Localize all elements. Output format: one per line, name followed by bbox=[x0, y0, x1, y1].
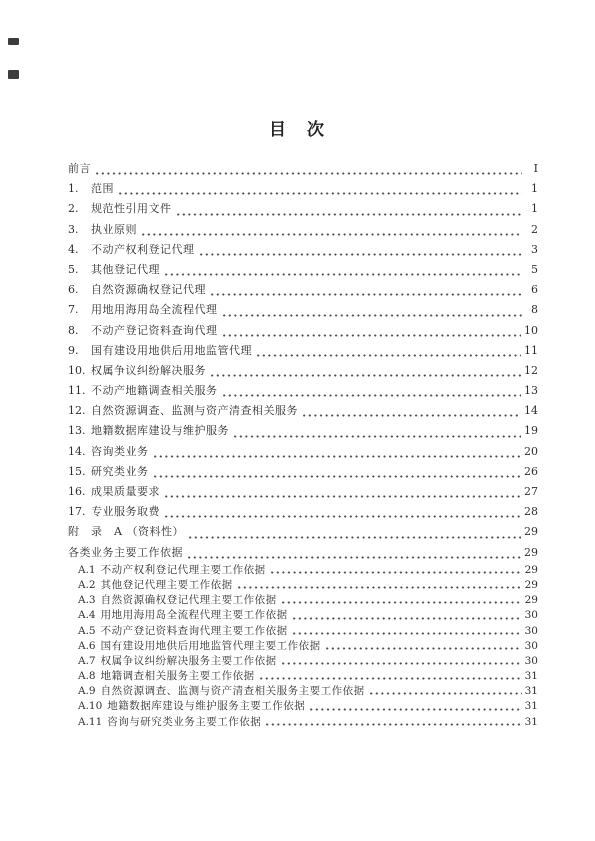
toc-entry[interactable]: 11. 不动产地籍调查相关服务 13 bbox=[68, 381, 538, 401]
toc-entry[interactable]: A.10 地籍数据库建设与维护服务主要工作依据 31 bbox=[68, 699, 538, 714]
toc-entry-label: 用地用海用岛全流程代理主要工作依据 bbox=[101, 608, 288, 623]
toc-entry-number: A.1 bbox=[78, 563, 96, 578]
toc-entry[interactable]: 各类业务主要工作依据 29 bbox=[68, 543, 538, 563]
toc-entry-label: 专业服务取费 bbox=[91, 502, 160, 522]
toc-entry-page: 6 bbox=[525, 280, 538, 300]
toc-entry-page: 28 bbox=[524, 502, 538, 522]
toc-entry-page: 26 bbox=[524, 462, 538, 482]
toc-entry-number: A.5 bbox=[78, 624, 96, 639]
toc-entry-page: 19 bbox=[524, 421, 538, 441]
toc-entry-page: 30 bbox=[525, 639, 538, 654]
toc-entry-number: A.6 bbox=[78, 639, 96, 654]
toc-entry-page: 3 bbox=[525, 240, 538, 260]
toc-entry-page: 12 bbox=[524, 361, 538, 381]
toc-entry[interactable]: 5. 其他登记代理 5 bbox=[68, 260, 538, 280]
toc-entry-page: 27 bbox=[524, 482, 538, 502]
toc-entry-number: 11. bbox=[68, 381, 91, 401]
toc-entry-page: 1 bbox=[525, 199, 538, 219]
toc-entry[interactable]: 9. 国有建设用地供后用地监管代理 11 bbox=[68, 341, 538, 361]
dot-leader bbox=[165, 515, 521, 518]
dot-leader bbox=[188, 556, 521, 559]
toc-entry-number: A.4 bbox=[78, 608, 96, 623]
dot-leader bbox=[154, 455, 522, 458]
dot-leader bbox=[96, 172, 522, 175]
toc-entry-label: 其他登记代理 bbox=[91, 260, 160, 280]
dot-leader bbox=[211, 293, 522, 296]
toc-entry[interactable]: 10. 权属争议纠纷解决服务 12 bbox=[68, 361, 538, 381]
dot-leader bbox=[370, 692, 522, 695]
toc-entry-page: 5 bbox=[525, 260, 538, 280]
toc-entry[interactable]: 附 录 A （资料性） 29 bbox=[68, 522, 538, 542]
toc-entry-number: 15. bbox=[68, 462, 91, 482]
toc-entry[interactable]: 4. 不动产权利登记代理 3 bbox=[68, 240, 538, 260]
dot-leader bbox=[303, 414, 521, 417]
toc-entry-label: 不动产登记资料查询代理主要工作依据 bbox=[101, 624, 288, 639]
toc-entry-page: 14 bbox=[524, 401, 538, 421]
toc-entry[interactable]: A.7 权属争议纠纷解决服务主要工作依据 30 bbox=[68, 654, 538, 669]
dot-leader bbox=[271, 571, 522, 574]
dot-leader bbox=[293, 617, 522, 620]
scan-artifact-mark bbox=[8, 38, 19, 45]
toc-entry-number: 12. bbox=[68, 401, 91, 421]
scan-artifact-mark bbox=[8, 70, 19, 79]
toc-entry-number: A.11 bbox=[78, 715, 102, 730]
toc-entry-label: 前言 bbox=[68, 159, 91, 179]
toc-entry-page: 31 bbox=[525, 699, 538, 714]
toc-entry-label: 自然资源调查、监测与资产清查相关服务 bbox=[91, 401, 298, 421]
toc-entry-number: 8. bbox=[68, 321, 91, 341]
toc-entry-label: 国有建设用地供后用地监管代理主要工作依据 bbox=[101, 639, 321, 654]
toc-entry-page: 31 bbox=[525, 669, 538, 684]
toc-entry[interactable]: 14. 咨询类业务 20 bbox=[68, 442, 538, 462]
toc-entry-number: A.2 bbox=[78, 578, 96, 593]
dot-leader bbox=[293, 632, 522, 635]
toc-entry-page: 29 bbox=[525, 593, 538, 608]
toc-list: 前言 I 1. 范围 1 2. 规范性引用文件 1 3. 执业原则 2 4. 不… bbox=[68, 159, 538, 730]
toc-entry-label: 不动产登记资料查询代理 bbox=[91, 321, 218, 341]
toc-entry[interactable]: A.6 国有建设用地供后用地监管代理主要工作依据 30 bbox=[68, 639, 538, 654]
toc-entry-number: 3. bbox=[68, 220, 91, 240]
dot-leader bbox=[326, 647, 522, 650]
toc-entry-label: 自然资源调查、监测与资产清查相关服务主要工作依据 bbox=[101, 684, 365, 699]
toc-entry[interactable]: 13. 地籍数据库建设与维护服务 19 bbox=[68, 421, 538, 441]
toc-entry[interactable]: A.11 咨询与研究类业务主要工作依据 31 bbox=[68, 715, 538, 730]
toc-entry-page: 29 bbox=[524, 522, 538, 542]
toc-entry-page: 31 bbox=[525, 684, 538, 699]
toc-entry-label: 地籍数据库建设与维护服务 bbox=[91, 421, 229, 441]
toc-entry-label: 国有建设用地供后用地监管代理 bbox=[91, 341, 252, 361]
dot-leader bbox=[234, 435, 521, 438]
toc-entry-label: 各类业务主要工作依据 bbox=[68, 543, 183, 563]
toc-entry-page: 29 bbox=[525, 563, 538, 578]
toc-entry-page: 30 bbox=[525, 624, 538, 639]
toc-entry-page: 13 bbox=[524, 381, 538, 401]
dot-leader bbox=[260, 677, 522, 680]
dot-leader bbox=[223, 314, 523, 317]
toc-entry[interactable]: 8. 不动产登记资料查询代理 10 bbox=[68, 321, 538, 341]
dot-leader bbox=[266, 723, 521, 726]
toc-entry[interactable]: 2. 规范性引用文件 1 bbox=[68, 199, 538, 219]
toc-entry-page: 20 bbox=[524, 442, 538, 462]
toc-entry[interactable]: A.8 地籍调查相关服务主要工作依据 31 bbox=[68, 669, 538, 684]
toc-entry[interactable]: 17. 专业服务取费 28 bbox=[68, 502, 538, 522]
toc-entry-label: 范围 bbox=[91, 179, 114, 199]
toc-entry[interactable]: 1. 范围 1 bbox=[68, 179, 538, 199]
toc-entry-label: 权属争议纠纷解决服务 bbox=[91, 361, 206, 381]
toc-entry[interactable]: 3. 执业原则 2 bbox=[68, 220, 538, 240]
toc-entry[interactable]: 16. 成果质量要求 27 bbox=[68, 482, 538, 502]
toc-entry[interactable]: 15. 研究类业务 26 bbox=[68, 462, 538, 482]
toc-entry-number: 16. bbox=[68, 482, 91, 502]
toc-entry-page: 30 bbox=[525, 654, 538, 669]
toc-entry-number: A.7 bbox=[78, 654, 96, 669]
toc-entry-label: 地籍数据库建设与维护服务主要工作依据 bbox=[107, 699, 305, 714]
dot-leader bbox=[282, 662, 522, 665]
toc-entry-label: 咨询与研究类业务主要工作依据 bbox=[107, 715, 261, 730]
dot-leader bbox=[165, 495, 521, 498]
toc-entry-label: 不动产地籍调查相关服务 bbox=[91, 381, 218, 401]
toc-entry[interactable]: A.2 其他登记代理主要工作依据 29 bbox=[68, 578, 538, 593]
toc-entry-label: 规范性引用文件 bbox=[91, 199, 172, 219]
dot-leader bbox=[142, 233, 522, 236]
document-page: 目 次 前言 I 1. 范围 1 2. 规范性引用文件 1 3. 执业原则 2 … bbox=[0, 0, 595, 841]
toc-entry-number: 2. bbox=[68, 199, 91, 219]
toc-entry-number: A.10 bbox=[78, 699, 102, 714]
toc-entry-number: 10. bbox=[68, 361, 91, 381]
toc-entry-label: 研究类业务 bbox=[91, 462, 149, 482]
toc-entry-label: 咨询类业务 bbox=[91, 442, 149, 462]
toc-entry-number: 17. bbox=[68, 502, 91, 522]
toc-entry-number: 6. bbox=[68, 280, 91, 300]
toc-entry-label: 用地用海用岛全流程代理 bbox=[91, 300, 218, 320]
toc-entry-number: 13. bbox=[68, 421, 91, 441]
dot-leader bbox=[189, 536, 521, 539]
toc-entry-label: 自然资源确权登记代理 bbox=[91, 280, 206, 300]
toc-entry-label: 不动产权利登记代理主要工作依据 bbox=[101, 563, 266, 578]
dot-leader bbox=[119, 192, 522, 195]
dot-leader bbox=[200, 253, 523, 256]
toc-entry[interactable]: A.1 不动产权利登记代理主要工作依据 29 bbox=[68, 563, 538, 578]
toc-entry-page: 29 bbox=[524, 543, 538, 563]
toc-entry[interactable]: 6. 自然资源确权登记代理 6 bbox=[68, 280, 538, 300]
toc-entry[interactable]: 7. 用地用海用岛全流程代理 8 bbox=[68, 300, 538, 320]
toc-entry-page: 10 bbox=[524, 321, 538, 341]
page-title: 目 次 bbox=[0, 115, 595, 140]
toc-entry-page: I bbox=[525, 159, 538, 179]
toc-entry-page: 11 bbox=[524, 341, 538, 361]
toc-entry-label: 附 录 A （资料性） bbox=[68, 522, 184, 542]
toc-entry-label: 自然资源确权登记代理主要工作依据 bbox=[101, 593, 277, 608]
toc-entry-number: 5. bbox=[68, 260, 91, 280]
dot-leader bbox=[310, 708, 521, 711]
toc-entry-page: 1 bbox=[525, 179, 538, 199]
toc-entry-number: 7. bbox=[68, 300, 91, 320]
dot-leader bbox=[223, 394, 522, 397]
toc-entry[interactable]: A.4 用地用海用岛全流程代理主要工作依据 30 bbox=[68, 608, 538, 623]
toc-entry[interactable]: A.9 自然资源调查、监测与资产清查相关服务主要工作依据 31 bbox=[68, 684, 538, 699]
dot-leader bbox=[154, 475, 522, 478]
toc-entry-number: 4. bbox=[68, 240, 91, 260]
dot-leader bbox=[165, 273, 522, 276]
toc-entry-label: 成果质量要求 bbox=[91, 482, 160, 502]
toc-entry[interactable]: 12. 自然资源调查、监测与资产清查相关服务 14 bbox=[68, 401, 538, 421]
toc-entry-page: 29 bbox=[525, 578, 538, 593]
toc-entry-number: A.3 bbox=[78, 593, 96, 608]
dot-leader bbox=[238, 586, 522, 589]
toc-entry-number: 14. bbox=[68, 442, 91, 462]
dot-leader bbox=[223, 334, 522, 337]
dot-leader bbox=[282, 601, 522, 604]
toc-entry-page: 8 bbox=[525, 300, 538, 320]
toc-entry-page: 31 bbox=[525, 715, 538, 730]
toc-entry[interactable]: A.3 自然资源确权登记代理主要工作依据 29 bbox=[68, 593, 538, 608]
toc-entry-number: A.8 bbox=[78, 669, 96, 684]
toc-entry-number: 9. bbox=[68, 341, 91, 361]
toc-entry-label: 其他登记代理主要工作依据 bbox=[101, 578, 233, 593]
toc-entry-label: 不动产权利登记代理 bbox=[91, 240, 195, 260]
toc-entry[interactable]: A.5 不动产登记资料查询代理主要工作依据 30 bbox=[68, 624, 538, 639]
toc-entry-number: 1. bbox=[68, 179, 91, 199]
toc-entry-label: 地籍调查相关服务主要工作依据 bbox=[101, 669, 255, 684]
toc-entry-page: 30 bbox=[525, 608, 538, 623]
dot-leader bbox=[257, 354, 521, 357]
dot-leader bbox=[177, 213, 523, 216]
toc-entry[interactable]: 前言 I bbox=[68, 159, 538, 179]
toc-entry-page: 2 bbox=[525, 220, 538, 240]
dot-leader bbox=[211, 374, 521, 377]
toc-entry-number: A.9 bbox=[78, 684, 96, 699]
toc-entry-label: 执业原则 bbox=[91, 220, 137, 240]
toc-entry-label: 权属争议纠纷解决服务主要工作依据 bbox=[101, 654, 277, 669]
